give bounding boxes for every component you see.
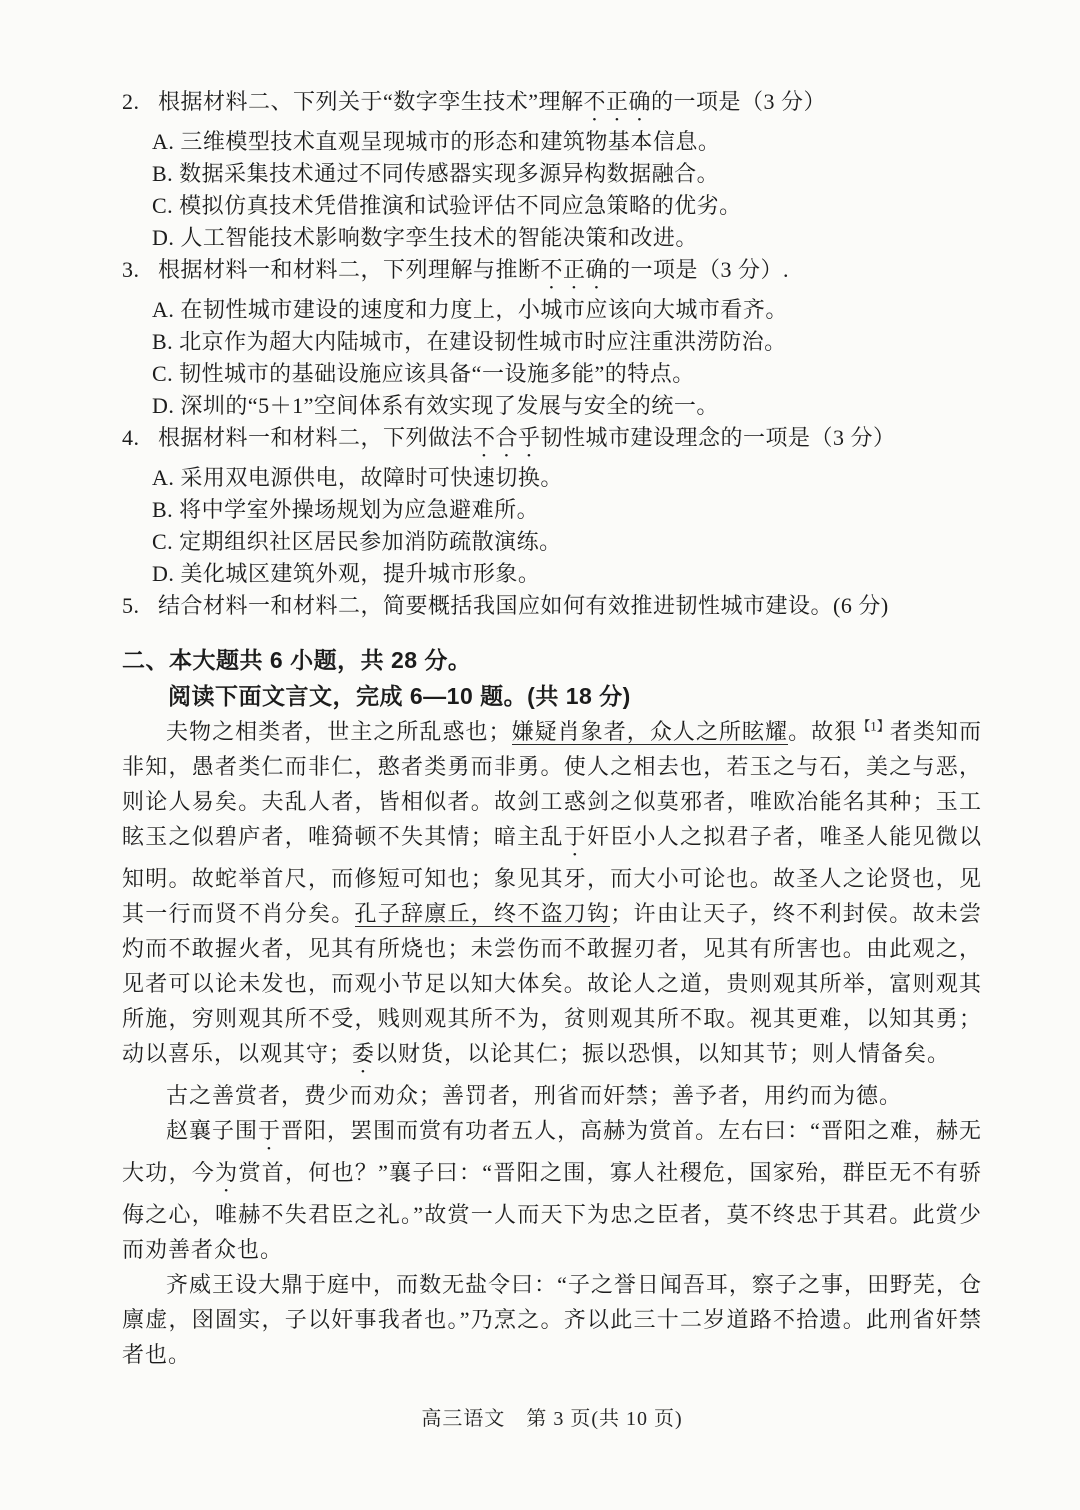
stem-text: 根据材料二、下列关于“数字孪生技术”理解 [158,89,584,114]
emphasized-text: 于 [258,1118,281,1143]
question-number: 5. [122,590,146,622]
section-two-instruction: 阅读下面文言文，完成 6—10 题。(共 18 分) [122,678,982,714]
passage-paragraph-4: 齐威王设大鼎于庭中，而数无盐令曰：“子之誉日闻吾耳，察子之事，田野芜，仓廪虚，囹… [122,1267,982,1372]
option-d: D. 人工智能技术影响数字孪生技术的智能决策和改进。 [122,222,982,254]
emphasized-text: 于 [564,824,587,849]
stem-text: 根据材料一和材料二，下列理解与推断 [158,257,541,282]
question-stem: 3.根据材料一和材料二，下列理解与推断不正确的一项是（3 分）. [122,254,982,294]
emphasized-text: 为 [215,1160,238,1185]
passage-paragraph-1: 夫物之相类者，世主之所乱惑也；嫌疑肖象者，众人之所眩耀。故狠【1】者类知而非知，… [122,714,982,1078]
stem-text: 韧性城市建设理念的一项是（3 分） [541,425,896,450]
passage-text: 夫物之相类者，世主之所乱惑也； [166,719,512,744]
stem-text: 结合材料一和材料二，简要概括我国应如何有效推进韧性城市建设。(6 分) [158,593,889,618]
option-a: A. 采用双电源供电，故障时可快速切换。 [122,462,982,494]
option-b: B. 北京作为超大内陆城市，在建设韧性城市时应注重洪涝防治。 [122,326,982,358]
question-stem: 4.根据材料一和材料二，下列做法不合乎韧性城市建设理念的一项是（3 分） [122,422,982,462]
underlined-text: 嫌疑肖象者，众人之所眩耀 [512,719,789,745]
passage-text: 赵襄子围 [166,1118,258,1143]
option-d: D. 深圳的“5＋1”空间体系有效实现了发展与安全的统一。 [122,390,982,422]
page-footer: 高三语文 第 3 页(共 10 页) [122,1402,982,1431]
passage-paragraph-3: 赵襄子围于晋阳，罢围而赏有功者五人，高赫为赏首。左右曰：“晋阳之难，赫无大功，今… [122,1113,982,1267]
option-a: A. 在韧性城市建设的速度和力度上，小城市应该向大城市看齐。 [122,294,982,326]
emphasized-text: 不正确 [541,257,609,282]
emphasized-text: 不合乎 [473,425,541,450]
question-4: 4.根据材料一和材料二，下列做法不合乎韧性城市建设理念的一项是（3 分） A. … [122,422,982,590]
question-number: 4. [122,422,146,454]
option-a: A. 三维模型技术直观呈现城市的形态和建筑物基本信息。 [122,126,982,158]
question-number: 3. [122,254,146,286]
section-two-header: 二、本大题共 6 小题，共 28 分。 [122,642,982,678]
stem-text: 根据材料一和材料二，下列做法 [158,425,473,450]
passage-text: 赏首，何也？”襄子曰：“晋阳之围，寡人社稷危，国家殆，群臣无不有骄侮之心，唯赫不… [122,1160,982,1262]
emphasized-text: 委 [352,1041,375,1066]
option-c: C. 模拟仿真技术凭借推演和试验评估不同应急策略的优劣。 [122,190,982,222]
passage-paragraph-2: 古之善赏者，费少而劝众；善罚者，刑省而奸禁；善予者，用约而为德。 [122,1078,982,1113]
footnote-marker: 【1】 [857,719,890,734]
option-d: D. 美化城区建筑外观，提升城市形象。 [122,558,982,590]
question-stem: 2.根据材料二、下列关于“数字孪生技术”理解不正确的一项是（3 分） [122,86,982,126]
question-3: 3.根据材料一和材料二，下列理解与推断不正确的一项是（3 分）. A. 在韧性城… [122,254,982,422]
question-number: 2. [122,86,146,118]
exam-page: 2.根据材料二、下列关于“数字孪生技术”理解不正确的一项是（3 分） A. 三维… [0,0,1080,1431]
option-c: C. 韧性城市的基础设施应该具备“一设施多能”的特点。 [122,358,982,390]
option-b: B. 将中学室外操场规划为应急避难所。 [122,494,982,526]
question-5: 5.结合材料一和材料二，简要概括我国应如何有效推进韧性城市建设。(6 分) [122,590,982,622]
passage-text: 。故狠 [788,719,857,744]
multiple-choice-section: 2.根据材料二、下列关于“数字孪生技术”理解不正确的一项是（3 分） A. 三维… [122,86,982,622]
emphasized-text: 不正确 [584,89,652,114]
stem-text: 的一项是（3 分） [651,89,826,114]
classical-chinese-passage: 夫物之相类者，世主之所乱惑也；嫌疑肖象者，众人之所眩耀。故狠【1】者类知而非知，… [122,714,982,1372]
option-b: B. 数据采集技术通过不同传感器实现多源异构数据融合。 [122,158,982,190]
question-2: 2.根据材料二、下列关于“数字孪生技术”理解不正确的一项是（3 分） A. 三维… [122,86,982,254]
question-stem: 5.结合材料一和材料二，简要概括我国应如何有效推进韧性城市建设。(6 分) [122,590,982,622]
option-c: C. 定期组织社区居民参加消防疏散演练。 [122,526,982,558]
stem-text: 的一项是（3 分）. [608,257,789,282]
passage-text: 以财货，以论其仁；振以恐惧，以知其节；则人情备矣。 [375,1041,950,1066]
underlined-text: 孔子辞廪丘，终不盗刀钩 [355,901,611,927]
